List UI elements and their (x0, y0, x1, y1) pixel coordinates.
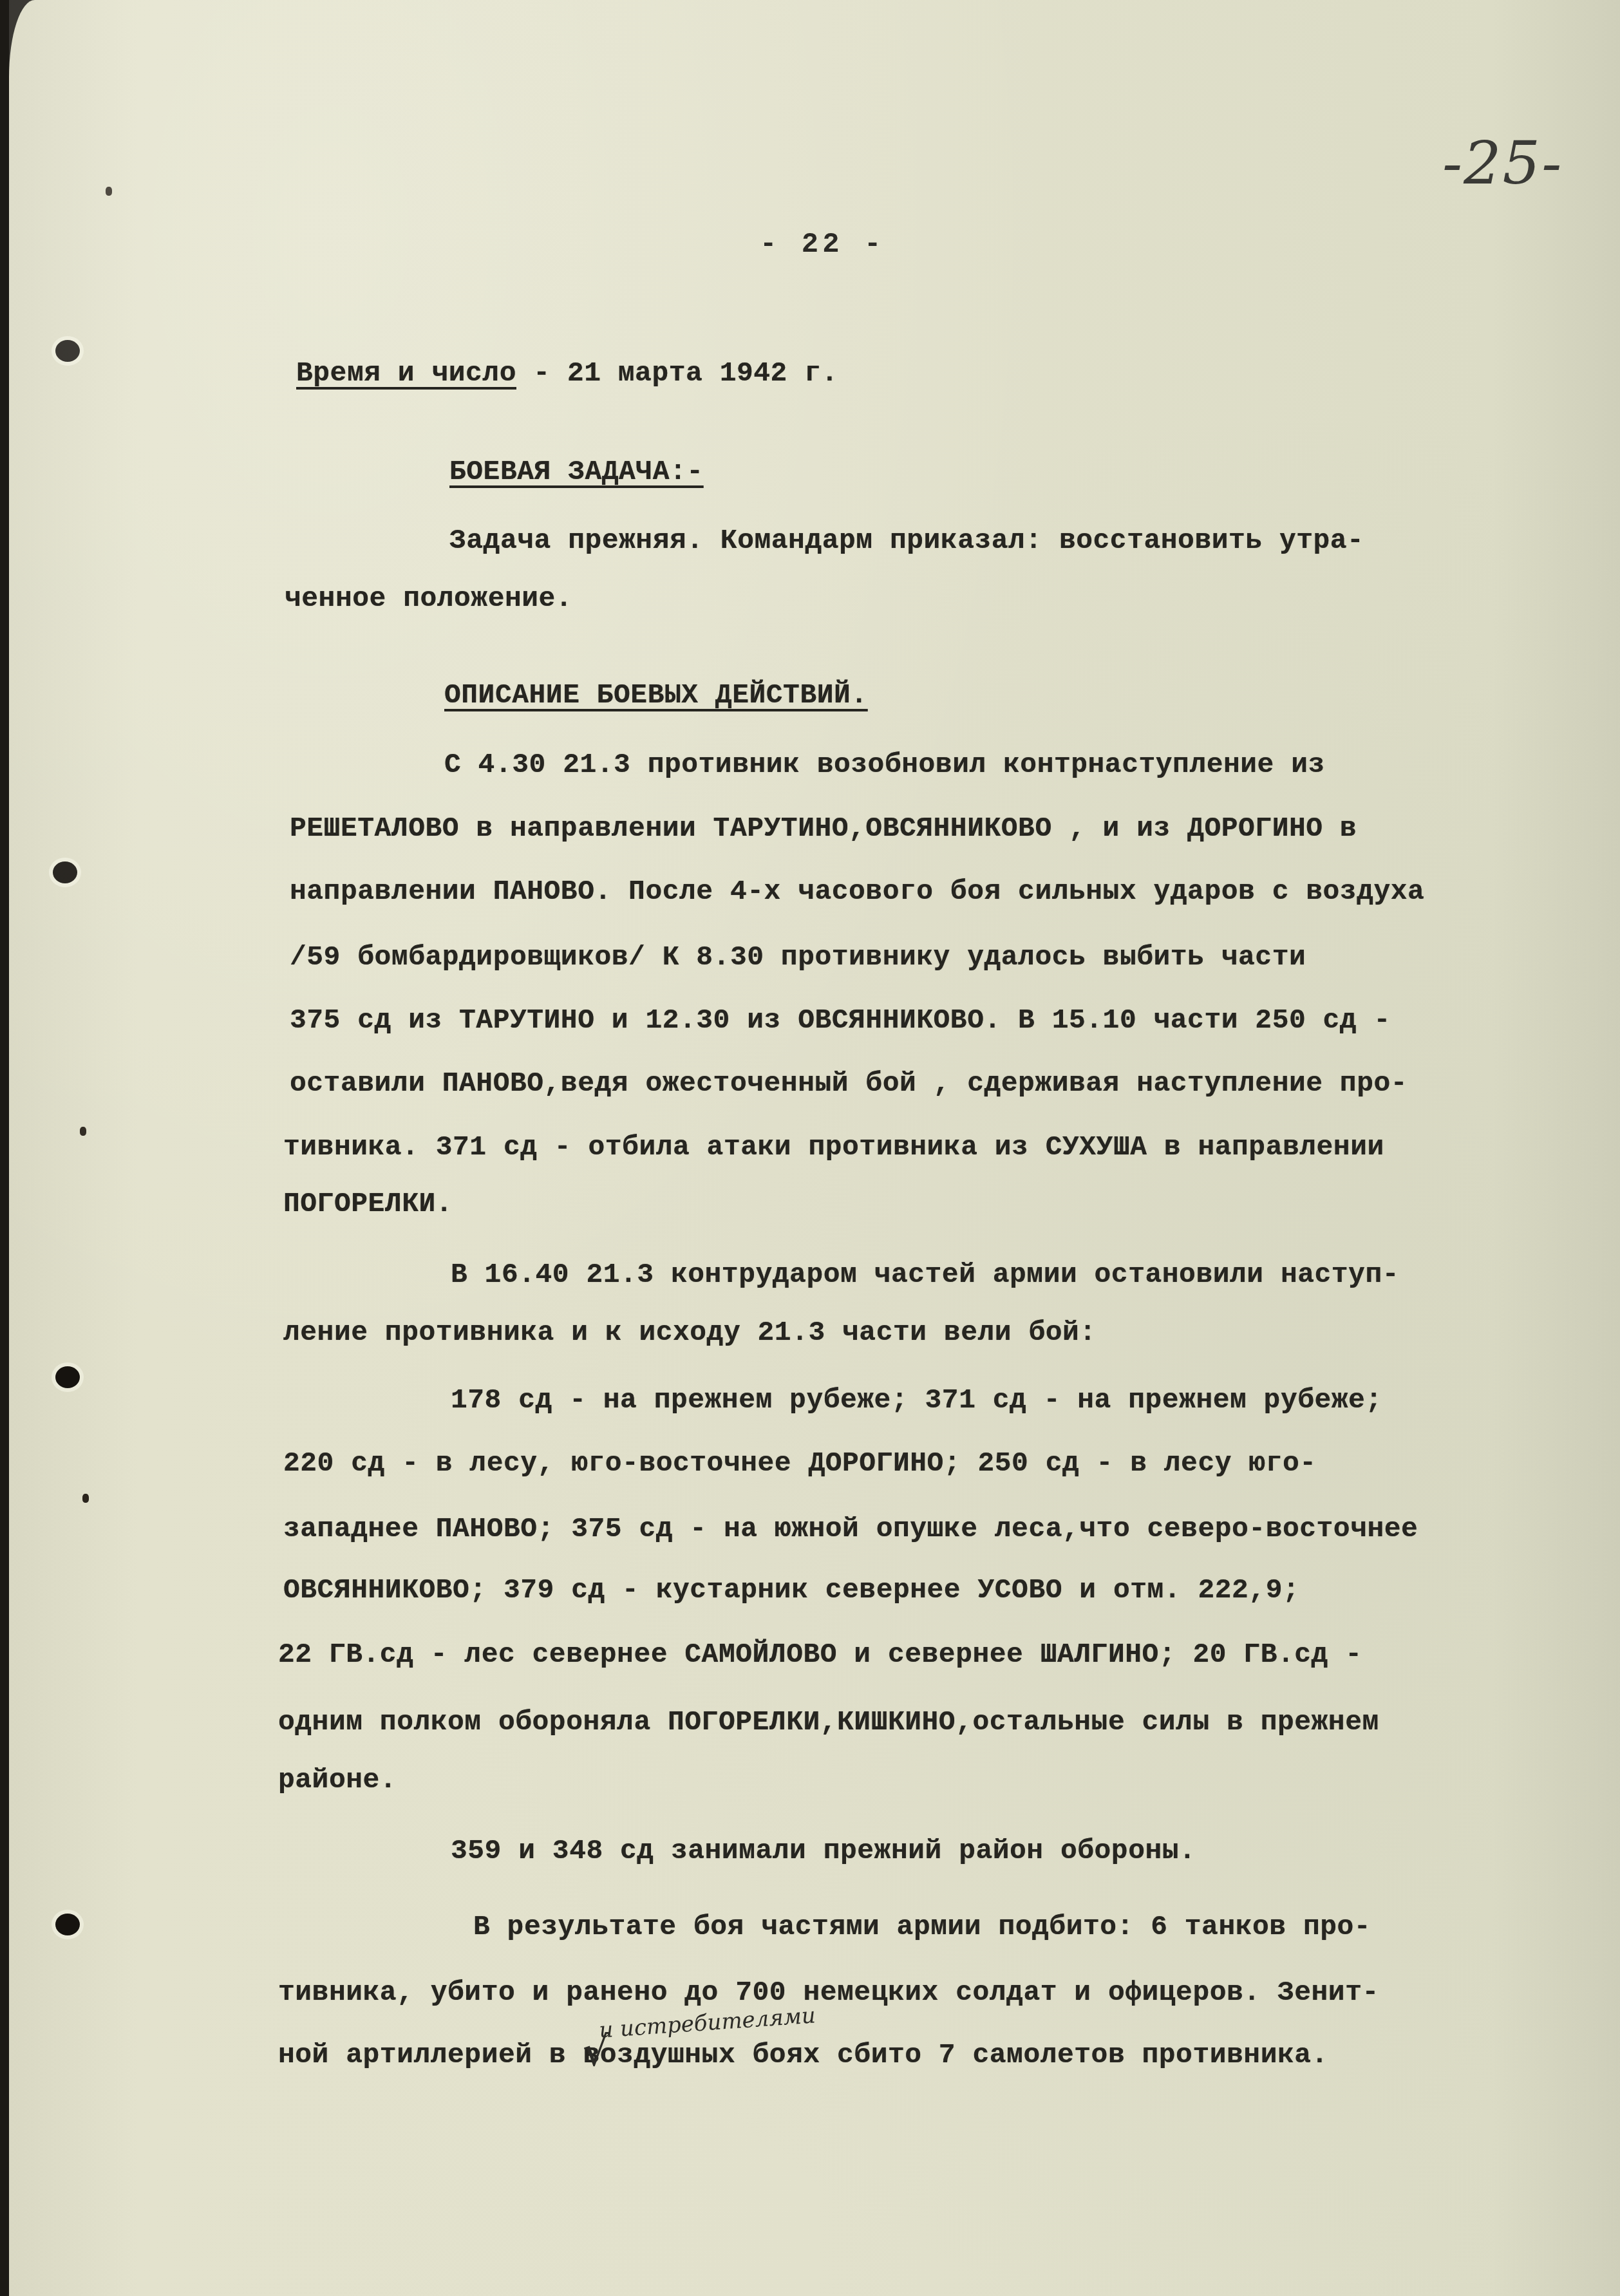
date-line: Время и число - 21 марта 1942 г. (296, 357, 838, 389)
positions-line: 22 ГВ.сд - лес севернее САМОЙЛОВО и севе… (278, 1639, 1362, 1670)
punch-hole (53, 861, 77, 883)
result-line: тивника, убито и ранено до 700 немецких … (278, 1977, 1379, 2008)
description-line: 375 сд из ТАРУТИНО и 12.30 из ОВСЯННИКОВ… (290, 1004, 1391, 1036)
description-line: направлении ПАНОВО. После 4-х часового б… (290, 876, 1424, 907)
counterattack-line: ление противника и к исходу 21.3 части в… (283, 1317, 1097, 1348)
punch-hole (55, 1366, 80, 1388)
positions-line: одним полком обороняла ПОГОРЕЛКИ,КИШКИНО… (278, 1706, 1379, 1738)
description-line: оставили ПАНОВО,ведя ожесточенный бой , … (290, 1068, 1408, 1099)
date-label: Время и число (296, 357, 516, 389)
combat-task-line: ченное положение. (285, 583, 572, 614)
positions-line: районе. (278, 1764, 397, 1796)
counterattack-line: В 16.40 21.3 контрударом частей армии ос… (451, 1259, 1399, 1290)
combat-task-line: Задача прежняя. Командарм приказал: восс… (449, 525, 1364, 556)
positions-line: 220 сд - в лесу, юго-восточнее ДОРОГИНО;… (283, 1447, 1317, 1479)
positions-line: ОВСЯННИКОВО; 379 сд - кустарник севернее… (283, 1574, 1299, 1606)
description-line: С 4.30 21.3 противник возобновил контрна… (444, 749, 1325, 780)
pin-mark (106, 187, 112, 196)
result-line: В результате боя частями армии подбито: … (473, 1911, 1371, 1943)
punch-hole (55, 1914, 80, 1935)
description-line: /59 бомбардировщиков/ К 8.30 противнику … (290, 941, 1306, 973)
pin-mark (80, 1127, 86, 1136)
description-heading: ОПИСАНИЕ БОЕВЫХ ДЕЙСТВИЙ. (444, 679, 868, 711)
positions-line: 178 сд - на прежнем рубеже; 371 сд - на … (451, 1384, 1382, 1416)
result-line: ной артиллерией в воздушных боях сбито 7… (278, 2039, 1328, 2071)
combat-task-heading: БОЕВАЯ ЗАДАЧА:- (449, 456, 704, 487)
archive-page-number: -25- (1442, 129, 1563, 198)
date-value: - 21 марта 1942 г. (533, 357, 838, 389)
punch-hole (55, 340, 80, 362)
description-line: ПОГОРЕЛКИ. (283, 1188, 453, 1219)
defense-line: 359 и 348 сд занимали прежний район обор… (451, 1835, 1196, 1867)
pin-mark (82, 1494, 89, 1503)
typed-page-number: - 22 - (760, 229, 885, 261)
description-line: тивника. 371 сд - отбила атаки противник… (283, 1131, 1384, 1163)
description-line: РЕШЕТАЛОВО в направлении ТАРУТИНО,ОВСЯНН… (290, 813, 1357, 844)
positions-line: западнее ПАНОВО; 375 сд - на южной опушк… (283, 1513, 1418, 1545)
